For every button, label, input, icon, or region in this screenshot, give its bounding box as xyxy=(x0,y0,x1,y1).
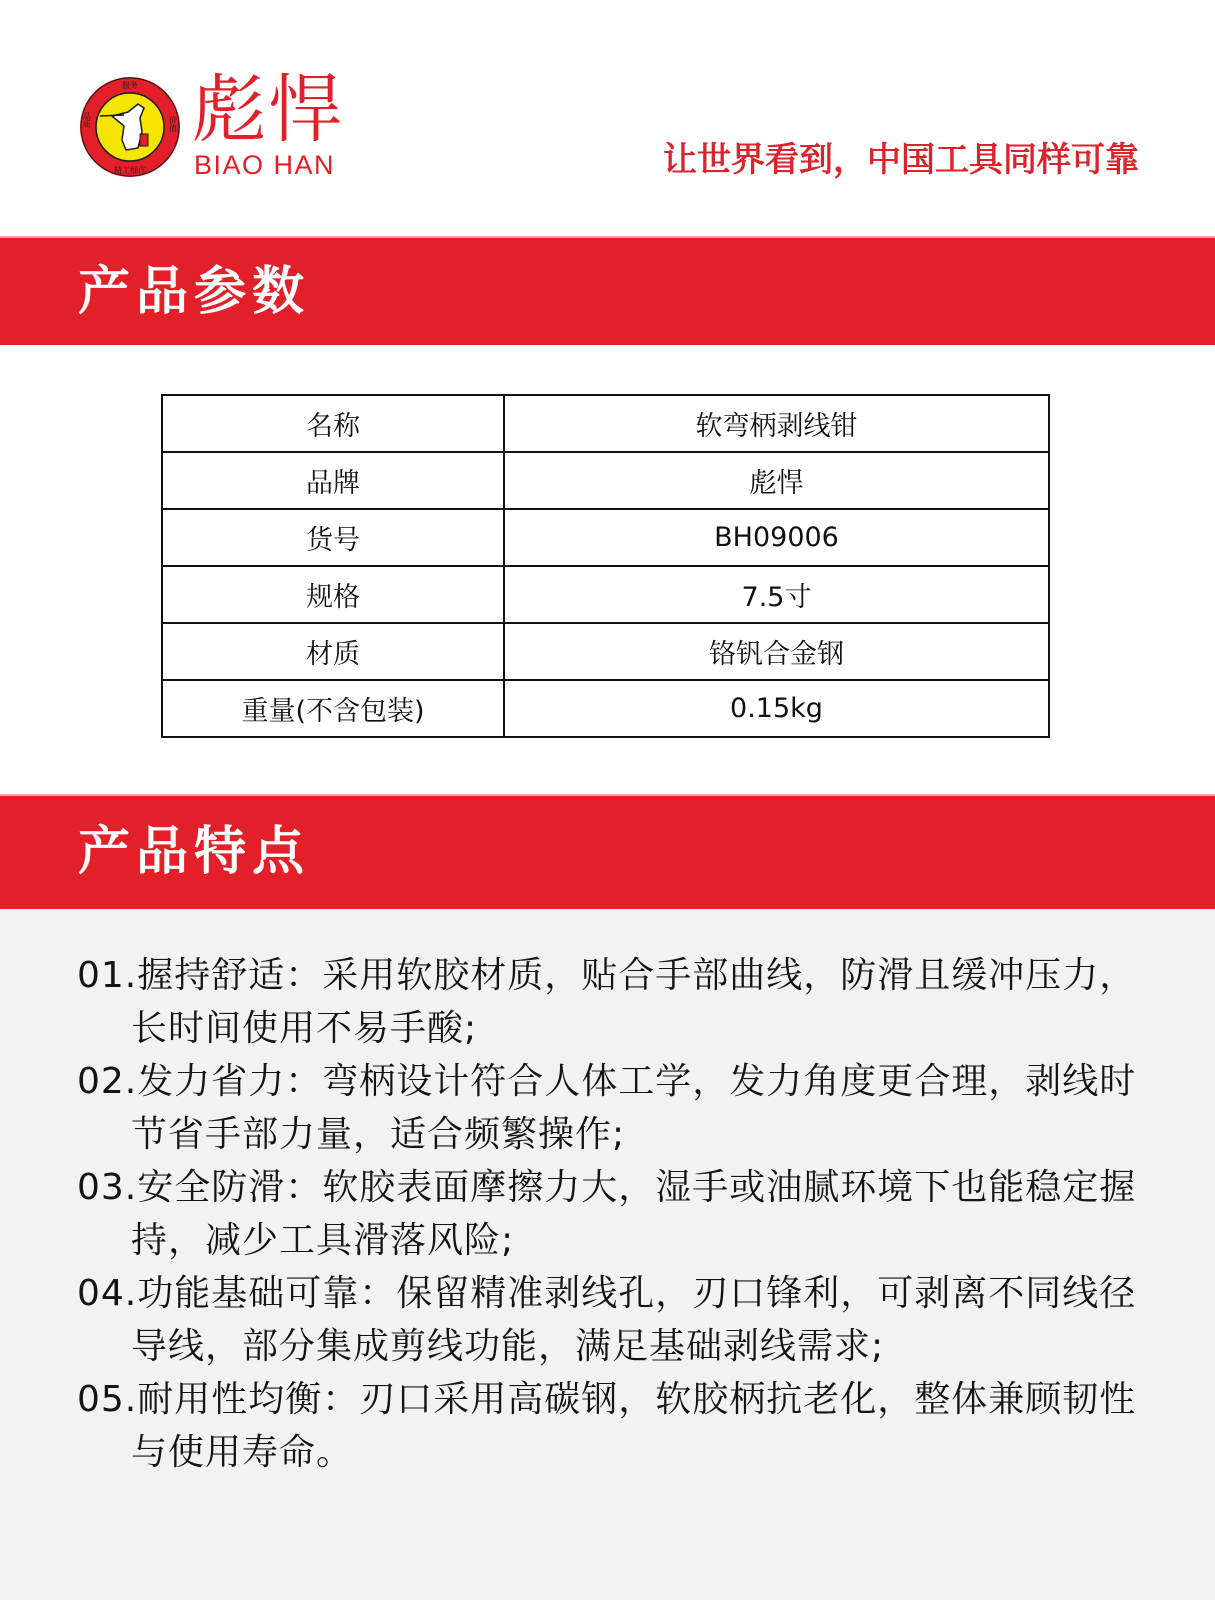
section-header-features: 产品特点 xyxy=(0,794,1215,909)
logo-ring-right: 价值 xyxy=(169,115,178,133)
table-row: 品牌 彪悍 xyxy=(162,452,1049,509)
header: 服务 价值 品质 精工细作 彪悍 BIAO HAN 让世界看到，中国工具同样可靠 xyxy=(0,0,1215,236)
spec-value: 7.5寸 xyxy=(504,566,1049,623)
spec-table: 名称 软弯柄剥线钳 品牌 彪悍 货号 BH09006 规格 7.5寸 材质 铬钒… xyxy=(161,394,1050,738)
logo-ring-left: 品质 xyxy=(83,112,92,129)
logo-ring-top: 服务 xyxy=(122,80,138,90)
brand-slogan: 让世界看到，中国工具同样可靠 xyxy=(663,140,1139,180)
spec-label: 货号 xyxy=(162,509,504,566)
table-row: 规格 7.5寸 xyxy=(162,566,1049,623)
table-row: 货号 BH09006 xyxy=(162,509,1049,566)
feature-item: 05.耐用性均衡：刃口采用高碳钢，软胶柄抗老化，整体兼顾韧性与使用寿命。 xyxy=(77,1373,1137,1479)
feature-list: 01.握持舒适：采用软胶材质，贴合手部曲线，防滑且缓冲压力，长时间使用不易手酸;… xyxy=(77,949,1137,1479)
feature-item: 01.握持舒适：采用软胶材质，贴合手部曲线，防滑且缓冲压力，长时间使用不易手酸; xyxy=(77,949,1137,1055)
brand-name-cn: 彪悍 xyxy=(192,70,344,150)
table-row: 重量(不含包装) 0.15kg xyxy=(162,680,1049,737)
spec-value: 彪悍 xyxy=(504,452,1049,509)
spec-label: 品牌 xyxy=(162,452,504,509)
section-header-params: 产品参数 xyxy=(0,236,1215,345)
section-title-features: 产品特点 xyxy=(78,822,310,882)
spec-label: 名称 xyxy=(162,395,504,452)
feature-item: 03.安全防滑：软胶表面摩擦力大，湿手或油腻环境下也能稳定握持，减少工具滑落风险… xyxy=(77,1161,1137,1267)
feature-item: 02.发力省力：弯柄设计符合人体工学，发力角度更合理，剥线时节省手部力量，适合频… xyxy=(77,1055,1137,1161)
feature-item: 04.功能基础可靠：保留精准剥线孔，刃口锋利，可剥离不同线径导线，部分集成剪线功… xyxy=(77,1267,1137,1373)
spec-label: 重量(不含包装) xyxy=(162,680,504,737)
logo-ring-bottom: 精工细作 xyxy=(114,165,146,175)
brand-logo-emblem-icon: 服务 价值 品质 精工细作 xyxy=(78,74,182,180)
spec-value: BH09006 xyxy=(504,509,1049,566)
spec-label: 材质 xyxy=(162,623,504,680)
section-title-params: 产品参数 xyxy=(78,262,310,322)
spec-value: 软弯柄剥线钳 xyxy=(504,395,1049,452)
spec-label: 规格 xyxy=(162,566,504,623)
spec-value: 铬钒合金钢 xyxy=(504,623,1049,680)
table-row: 材质 铬钒合金钢 xyxy=(162,623,1049,680)
brand-name-en: BIAO HAN xyxy=(194,150,335,180)
table-row: 名称 软弯柄剥线钳 xyxy=(162,395,1049,452)
spec-value: 0.15kg xyxy=(504,680,1049,737)
features-panel: 01.握持舒适：采用软胶材质，贴合手部曲线，防滑且缓冲压力，长时间使用不易手酸;… xyxy=(0,909,1215,1600)
